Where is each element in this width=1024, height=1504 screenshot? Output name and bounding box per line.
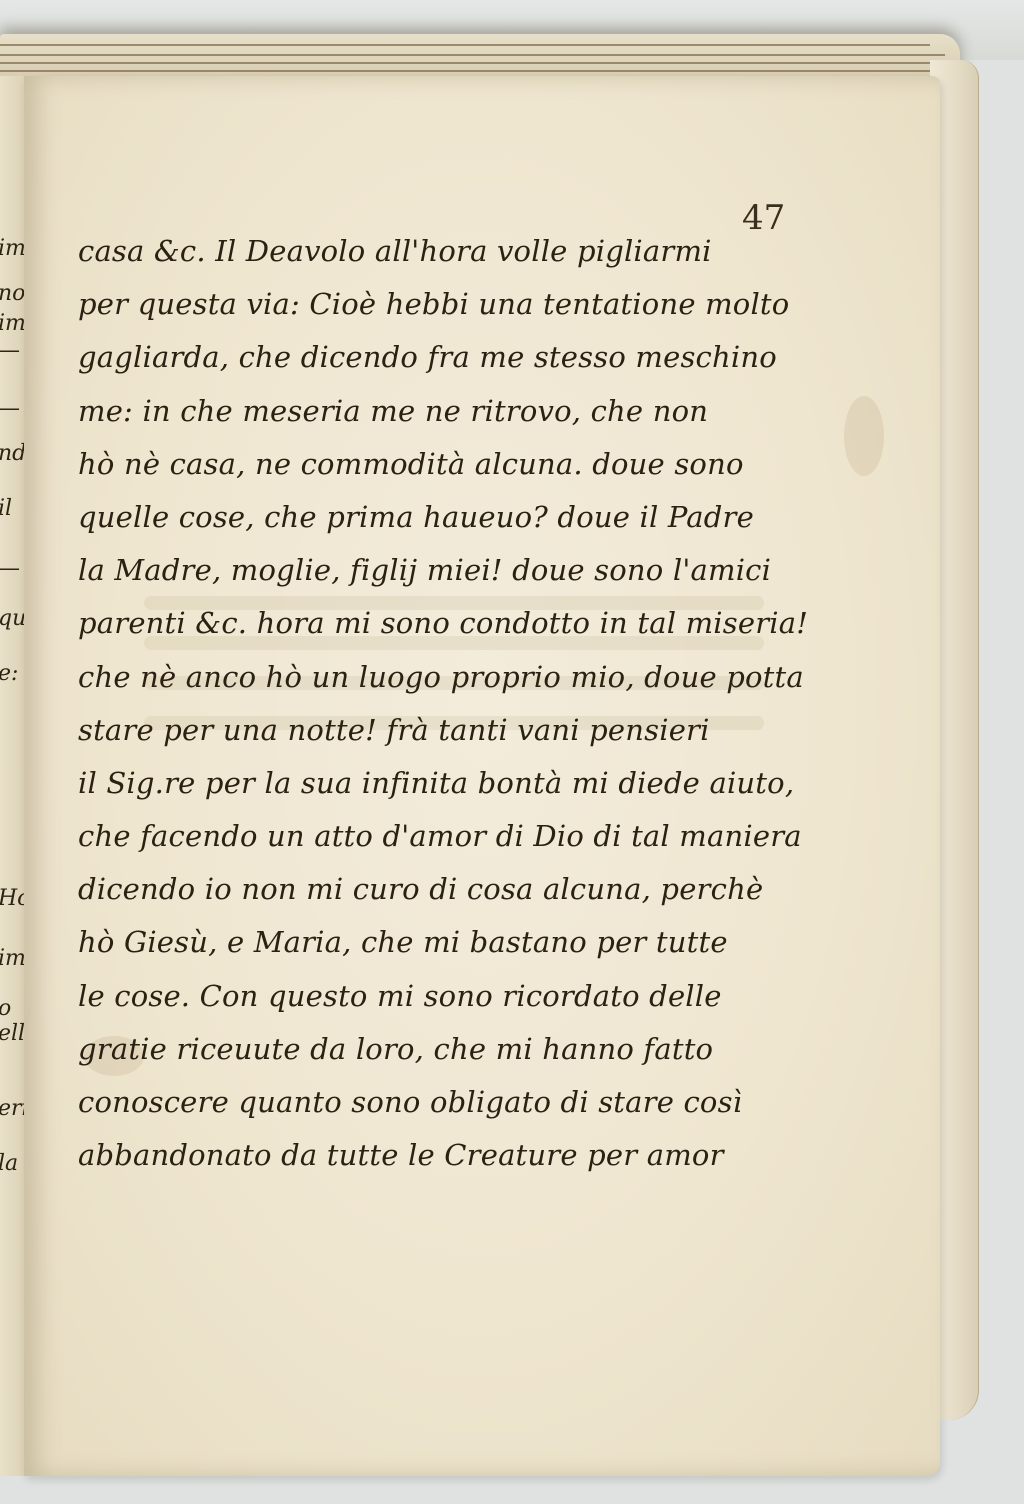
- text-line: la Madre, moglie, figlij miei! doue sono…: [78, 544, 798, 597]
- facing-page-fragment: —: [0, 396, 20, 421]
- facing-page-fragment: qu: [0, 606, 26, 631]
- text-line: gratie riceuute da loro, che mi hanno fa…: [78, 1023, 798, 1076]
- text-line: abbandonato da tutte le Creature per amo…: [78, 1129, 798, 1182]
- text-line: quelle cose, che prima haueuo? doue il P…: [78, 491, 798, 544]
- facing-page-fragment: elli: [0, 1021, 26, 1046]
- facing-page-fragment: o: [0, 996, 11, 1021]
- text-line: che nè anco hò un luogo proprio mio, dou…: [78, 651, 798, 704]
- text-line: che facendo un atto d'amor di Dio di tal…: [78, 810, 798, 863]
- facing-page-fragment: e:: [0, 661, 18, 686]
- facing-page-fragment: —: [0, 556, 20, 581]
- text-line: me: in che meseria me ne ritrovo, che no…: [78, 385, 798, 438]
- text-line: per questa via: Cioè hebbi una tentation…: [78, 278, 798, 331]
- manuscript-text: casa &c. Il Deavolo all'hora volle pigli…: [78, 225, 798, 1182]
- text-line: hò nè casa, ne commodità alcuna. doue so…: [78, 438, 798, 491]
- facing-page-fragment: Hor: [0, 886, 26, 911]
- facing-page-fragment: im: [0, 236, 26, 261]
- facing-page-fragment: im: [0, 946, 26, 971]
- text-line: parenti &c. hora mi sono condotto in tal…: [78, 597, 798, 650]
- facing-page-fragment: —: [0, 338, 20, 363]
- text-line: le cose. Con questo mi sono ricordato de…: [78, 970, 798, 1023]
- text-line: hò Giesù, e Maria, che mi bastano per tu…: [78, 916, 798, 969]
- text-line: dicendo io non mi curo di cosa alcuna, p…: [78, 863, 798, 916]
- facing-page-fragment: il: [0, 496, 12, 521]
- page-stack-top-edge: [0, 34, 960, 80]
- facing-page-fragment: im: [0, 311, 26, 336]
- facing-page-fragment: eri: [0, 1096, 26, 1121]
- text-line: gagliarda, che dicendo fra me stesso mes…: [78, 331, 798, 384]
- facing-page-fragment: la: [0, 1151, 18, 1176]
- text-line: casa &c. Il Deavolo all'hora volle pigli…: [78, 225, 798, 278]
- facing-page-fragment: ndo: [0, 441, 26, 466]
- facing-page-fragment: nor: [0, 281, 26, 306]
- text-line: conoscere quanto sono obligato di stare …: [78, 1076, 798, 1129]
- text-line: stare per una notte! frà tanti vani pens…: [78, 704, 798, 757]
- facing-page-edge: im nor im — — ndo il — qu e: Hor im o el…: [0, 76, 26, 1476]
- text-line: il Sig.re per la sua infinita bontà mi d…: [78, 757, 798, 810]
